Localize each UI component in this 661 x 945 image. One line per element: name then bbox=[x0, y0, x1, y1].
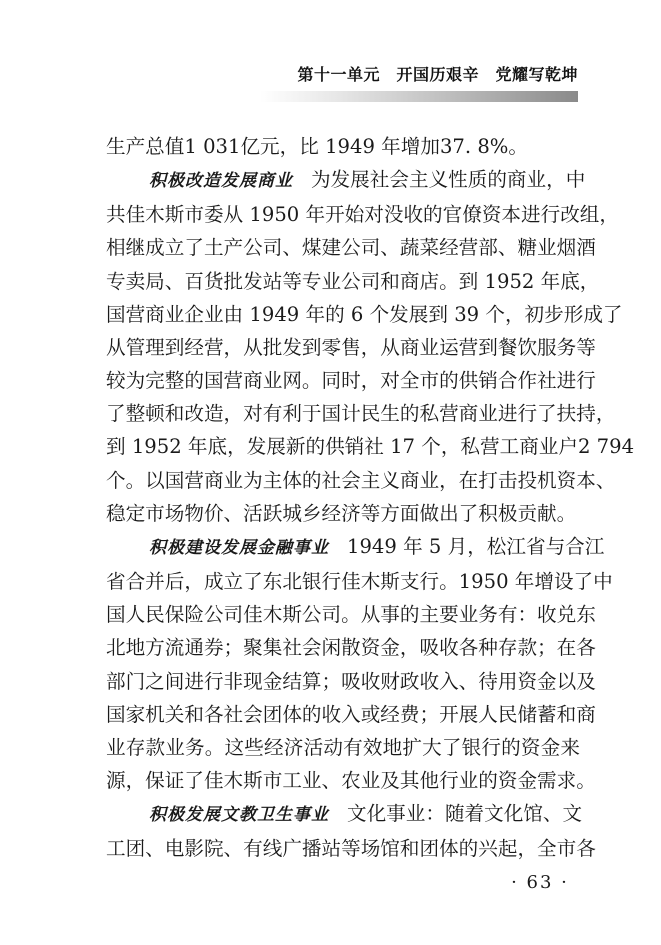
paragraph-commerce: 积极改造发展商业为发展社会主义性质的商业，中 共佳木斯市委从 1950 年开始对… bbox=[106, 163, 580, 530]
section-heading-commerce: 积极改造发展商业 bbox=[149, 171, 293, 191]
paragraph-production-value: 生产总值1 031亿元，比 1949 年增加37. 8%。 bbox=[106, 130, 580, 163]
text-line: 生产总值1 031亿元，比 1949 年增加37. 8%。 bbox=[106, 130, 580, 163]
header-gradient-bar bbox=[260, 91, 578, 102]
text-line: 部门之间进行非现金结算；吸收财政收入、待用资金以及 bbox=[106, 665, 580, 698]
body-text: 生产总值1 031亿元，比 1949 年增加37. 8%。 积极改造发展商业为发… bbox=[106, 130, 580, 865]
text-line: 积极改造发展商业为发展社会主义性质的商业，中 bbox=[106, 163, 580, 198]
text-line: 共佳木斯市委从 1950 年开始对没收的官僚资本进行改组， bbox=[106, 198, 580, 231]
text-line: 北地方流通券；聚集社会闲散资金，吸收各种存款；在各 bbox=[106, 631, 580, 664]
section-heading-culture: 积极发展文教卫生事业 bbox=[149, 805, 329, 825]
text-line: 到 1952 年底，发展新的供销社 17 个，私营工商业户2 794 bbox=[106, 430, 580, 463]
paragraph-finance: 积极建设发展金融事业1949 年 5 月，松江省与合江 省合并后，成立了东北银行… bbox=[106, 530, 580, 797]
text-line: 业存款业务。这些经济活动有效地扩大了银行的资金来 bbox=[106, 731, 580, 764]
text-line: 国家机关和各社会团体的收入或经费；开展人民储蓄和商 bbox=[106, 698, 580, 731]
text-line: 相继成立了土产公司、煤建公司、蔬菜经营部、糖业烟酒 bbox=[106, 231, 580, 264]
paragraph-culture: 积极发展文教卫生事业文化事业：随着文化馆、文 工团、电影院、有线广播站等场馆和团… bbox=[106, 797, 580, 865]
text-line: 工团、电影院、有线广播站等场馆和团体的兴起，全市各 bbox=[106, 832, 580, 865]
text-line: 稳定市场物价、活跃城乡经济等方面做出了积极贡献。 bbox=[106, 497, 580, 530]
text-line: 个。以国营商业为主体的社会主义商业，在打击投机资本、 bbox=[106, 464, 580, 497]
page-number: · 63 · bbox=[500, 872, 580, 893]
text-line: 从管理到经营，从批发到零售，从商业运营到餐饮服务等 bbox=[106, 331, 580, 364]
section-heading-finance: 积极建设发展金融事业 bbox=[149, 538, 329, 558]
text-line: 积极建设发展金融事业1949 年 5 月，松江省与合江 bbox=[106, 530, 580, 565]
running-head-title: 第十一单元 开国历艰辛 党耀写乾坤 bbox=[260, 62, 578, 85]
text-line: 专卖局、百货批发站等专业公司和商店。到 1952 年底， bbox=[106, 265, 580, 298]
text-line: 较为完整的国营商业网。同时，对全市的供销合作社进行 bbox=[106, 364, 580, 397]
text-line: 积极发展文教卫生事业文化事业：随着文化馆、文 bbox=[106, 797, 580, 832]
text-line: 源，保证了佳木斯市工业、农业及其他行业的资金需求。 bbox=[106, 764, 580, 797]
text-line: 国人民保险公司佳木斯公司。从事的主要业务有：收兑东 bbox=[106, 598, 580, 631]
text-line: 国营商业企业由 1949 年的 6 个发展到 39 个，初步形成了 bbox=[106, 298, 580, 331]
text-line: 省合并后，成立了东北银行佳木斯支行。1950 年增设了中 bbox=[106, 565, 580, 598]
text-line: 了整顿和改造，对有利于国计民生的私营商业进行了扶持， bbox=[106, 397, 580, 430]
